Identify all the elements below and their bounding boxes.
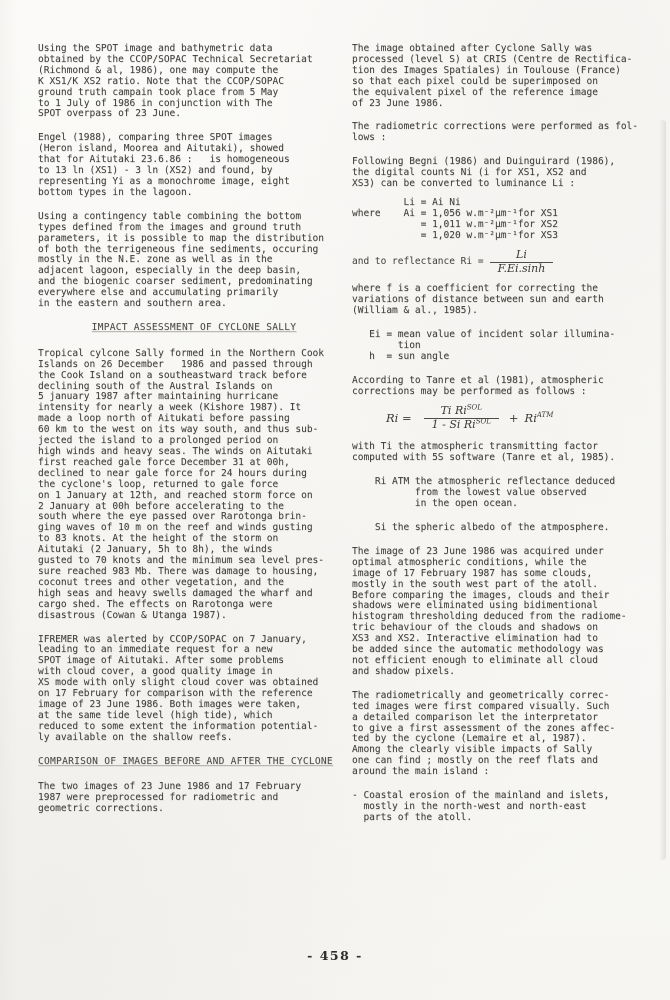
paragraph-ti-transmitting-factor: with Ti the atmospheric transmitting fac…: [352, 442, 660, 464]
scanned-paper-page: Using the SPOT image and bathymetric dat…: [0, 0, 670, 1000]
definitions-ei-h: Ei = mean value of incident solar illumi…: [352, 330, 660, 363]
paragraph-spot-bathymetric: Using the SPOT image and bathymetric dat…: [38, 44, 350, 120]
section-heading-impact-assessment: IMPACT ASSESSMENT OF CYCLONE SALLY: [38, 323, 350, 334]
atmos-formula-fraction: Ti RiSOL 1 - Si RiSOL: [424, 406, 499, 431]
paragraph-engel-comparison: Engel (1988), comparing three SPOT image…: [38, 133, 350, 198]
bullet-coastal-erosion: - Coastal erosion of the mainland and is…: [352, 791, 660, 824]
atmospheric-correction-formula: Ri = Ti RiSOL 1 - Si RiSOL + RiATM: [386, 406, 660, 431]
paragraph-ifremer-alert: IFREMER was alerted by CCOP/SOPAC on 7 J…: [38, 635, 350, 744]
definition-si-albedo: Si the spheric albedo of the atmposphere…: [352, 523, 660, 534]
paragraph-begni-duinguirard: Following Begni (1986) and Duinguirard (…: [352, 157, 660, 190]
left-column: Using the SPOT image and bathymetric dat…: [38, 44, 350, 828]
paragraph-cyclone-sally-history: Tropical cylcone Sally formed in the Nor…: [38, 349, 350, 622]
atmos-formula-plus-term: +: [509, 413, 519, 424]
paragraph-visual-comparison: The radiometrically and geometrically co…: [352, 691, 660, 778]
reflectance-fraction-denominator: F.Ei.sinh: [490, 263, 554, 275]
reflectance-fraction-numerator: Li: [490, 250, 554, 263]
paragraph-two-images-preprocessed: The two images of 23 June 1986 and 17 Fe…: [38, 782, 350, 815]
numerator-superscript: SOL: [467, 403, 482, 411]
page-number: - 458 -: [0, 948, 670, 963]
paragraph-cloud-elimination: The image of 23 June 1986 was acquired u…: [352, 547, 660, 678]
reflectance-formula: and to reflectance Ri = Li F.Ei.sinh: [352, 250, 660, 275]
atmos-formula-lhs: Ri =: [386, 413, 412, 424]
right-column: The image obtained after Cyclone Sally w…: [352, 44, 660, 837]
scan-left-smudge: [0, 0, 18, 1000]
section-heading-comparison-images: COMPARISON OF IMAGES BEFORE AND AFTER TH…: [38, 757, 350, 768]
denominator-superscript: SOL: [476, 417, 491, 425]
paragraph-contingency-table: Using a contingency table combining the …: [38, 212, 350, 310]
scan-right-edge-artifact: [659, 120, 666, 860]
atmos-fraction-denominator: 1 - Si RiSOL: [424, 419, 499, 431]
suffix-superscript: ATM: [537, 411, 554, 419]
definition-ri-atm: Ri ATM the atmospheric reflectance deduc…: [352, 477, 660, 510]
luminance-coefficients-block: Li = Ai Ni where Ai = 1,056 w.m⁻²µm⁻¹for…: [352, 198, 660, 242]
paragraph-tanre-atmospheric: According to Tanre et al (1981), atmosph…: [352, 376, 660, 398]
paragraph-radiometric-corrections-intro: The radiometric corrections were perform…: [352, 122, 660, 144]
reflectance-fraction: Li F.Ei.sinh: [490, 250, 554, 275]
atmos-formula-suffix: RiATM: [525, 413, 554, 424]
reflectance-formula-prefix: and to reflectance Ri =: [352, 257, 484, 268]
paragraph-coefficient-f: where f is a coefficient for correcting …: [352, 284, 660, 317]
paragraph-cris-processing: The image obtained after Cyclone Sally w…: [352, 44, 660, 109]
